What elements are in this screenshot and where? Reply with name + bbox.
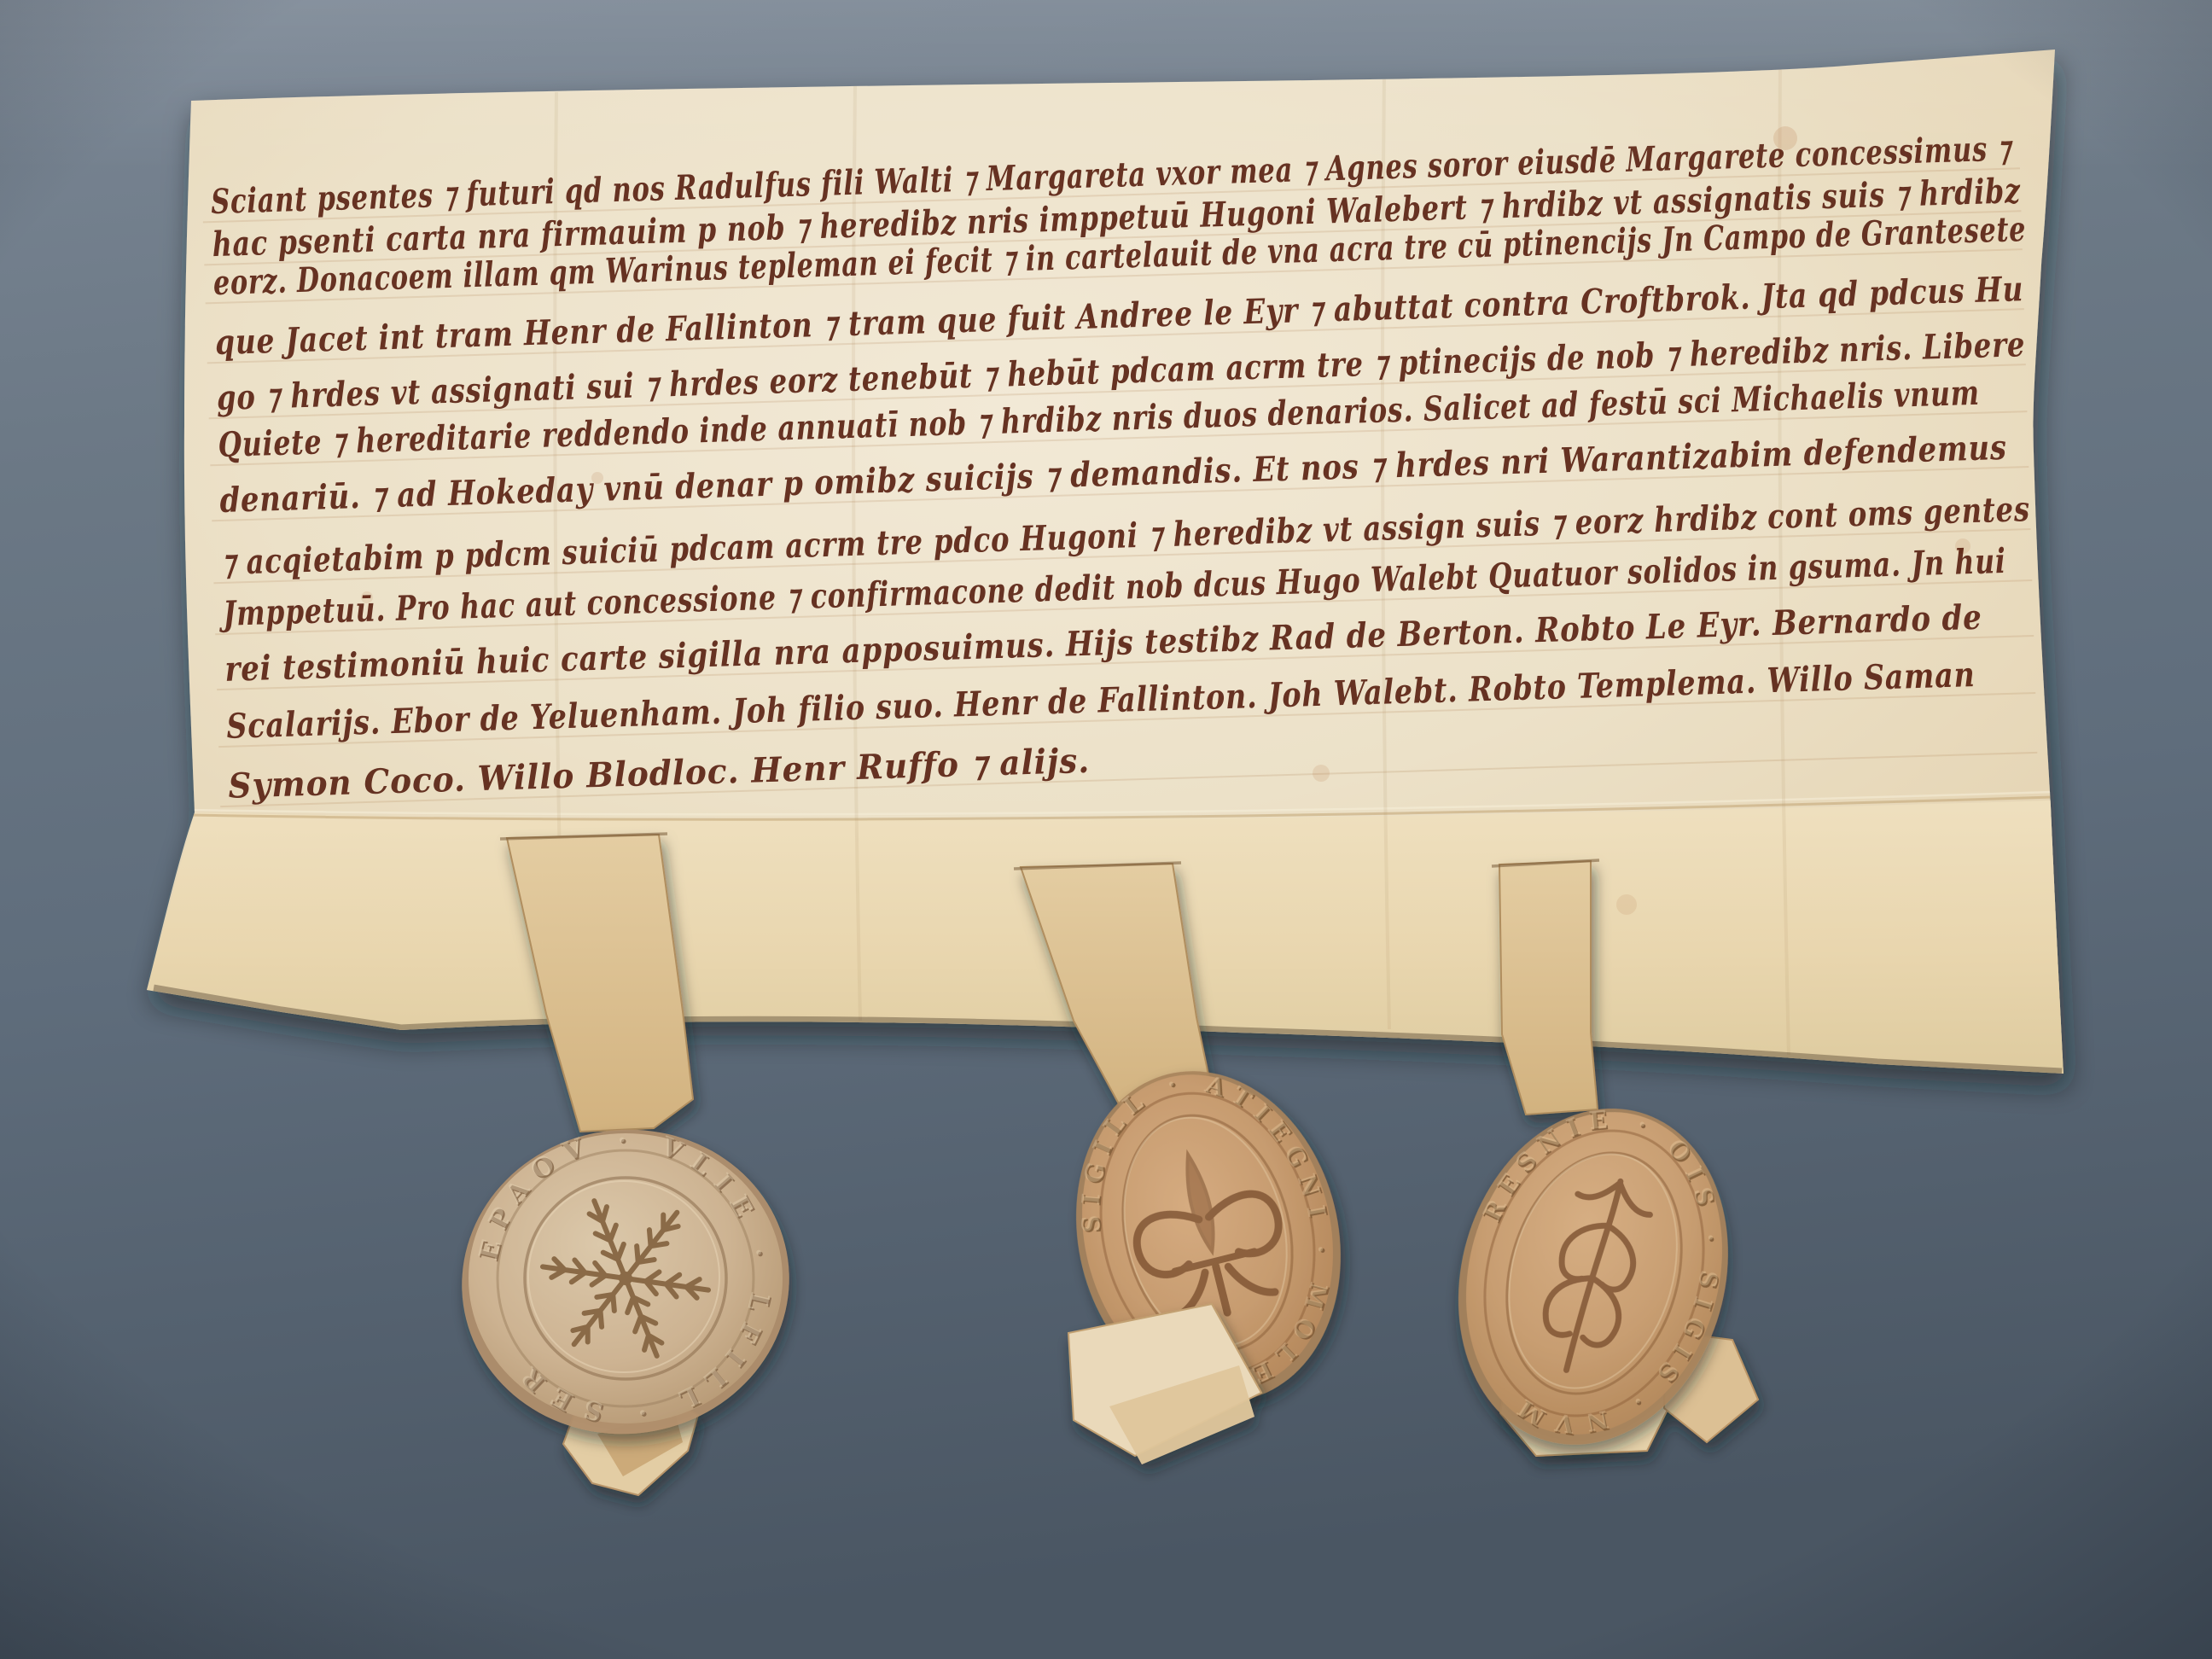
vignette-overlay — [0, 0, 2212, 1659]
charter-scene: Sciant psentes ⁊ futuri qd nos Radulfus … — [0, 0, 2212, 1659]
charter-photograph: Sciant psentes ⁊ futuri qd nos Radulfus … — [0, 0, 2212, 1659]
